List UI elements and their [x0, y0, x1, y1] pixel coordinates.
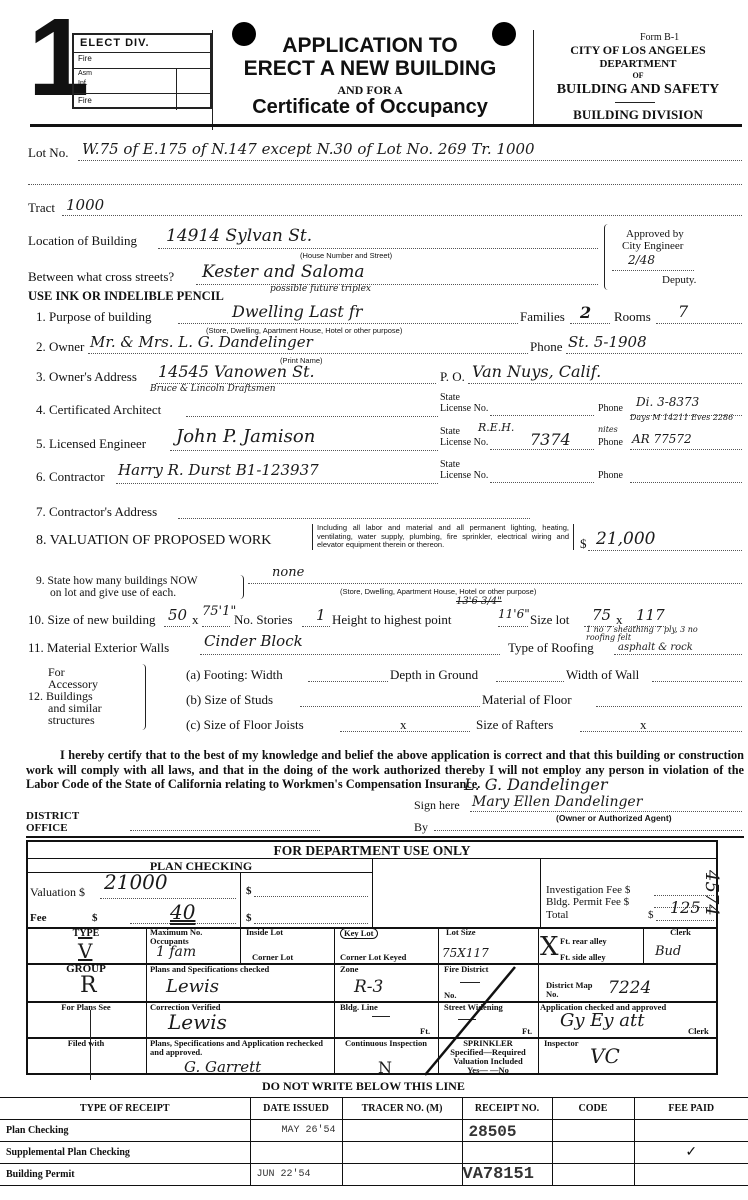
title-line-4: Certificate of Occupancy: [220, 96, 520, 119]
max-occupants-value[interactable]: 1 fam: [156, 944, 196, 960]
extra-valuation-currency: $: [246, 885, 252, 897]
receipt-number[interactable]: 28505: [462, 1120, 552, 1142]
owner-phone-label: Phone: [530, 339, 563, 355]
receipt-tracer[interactable]: [342, 1142, 462, 1164]
families-label: Families: [520, 309, 565, 325]
table-row: Building Permit JUN 22'54 VA78151: [0, 1164, 748, 1186]
height-note: 13'6 3/4": [456, 596, 502, 607]
roofing-note: 1 no 7 sheathing 7 ply, 3 no roofing fel…: [586, 626, 726, 642]
valuation-currency: $: [580, 536, 587, 552]
valuation-label: 8. VALUATION OF PROPOSED WORK: [36, 533, 271, 549]
side-alley-label: Ft. side alley: [560, 953, 606, 962]
engineer-phone-label: Phone: [598, 437, 623, 448]
col-date: DATE ISSUED: [250, 1098, 342, 1120]
col-type: TYPE OF RECEIPT: [0, 1098, 250, 1120]
footing-width-label: (a) Footing: Width: [186, 667, 283, 683]
contractor-license-top: State: [440, 459, 460, 470]
total-value[interactable]: 125: [670, 898, 701, 917]
plans-checked-label: Plans and Specifications checked: [150, 965, 269, 974]
owner-address-label: 3. Owner's Address: [36, 369, 137, 385]
accessory-brace: [140, 664, 146, 730]
engineer-phone-value[interactable]: AR 77572: [632, 432, 692, 446]
zone-label: Zone: [340, 965, 358, 974]
engineer-label: 5. Licensed Engineer: [36, 436, 146, 452]
size-length[interactable]: 75'1": [202, 604, 236, 619]
existing-buildings-label-1: 9. State how many buildings NOW: [36, 575, 198, 587]
receipt-type: Building Permit: [0, 1164, 250, 1186]
engineer-license-label: License No.: [440, 437, 488, 448]
receipt-tracer[interactable]: [342, 1120, 462, 1142]
stamp-line: Asm: [78, 70, 92, 77]
clerk-value[interactable]: Bud: [655, 944, 681, 959]
existing-buildings-hint: (Store, Dwelling, Apartment House, Hotel…: [340, 587, 536, 596]
contractor-value[interactable]: Harry R. Durst B1-123937: [118, 461, 319, 479]
header-divider: [30, 124, 742, 127]
receipt-code[interactable]: [552, 1120, 634, 1142]
stories-label: No. Stories: [234, 612, 293, 628]
receipt-fee[interactable]: ✓: [634, 1142, 748, 1164]
existing-buildings-label-2: on lot and give use of each.: [50, 587, 176, 599]
agency-line-4: BUILDING AND SAFETY: [538, 82, 738, 98]
receipt-type: Plan Checking: [0, 1120, 250, 1142]
receipt-type: Supplemental Plan Checking: [0, 1142, 250, 1164]
department-title: FOR DEPARTMENT USE ONLY: [26, 843, 718, 859]
type-value[interactable]: V: [78, 939, 92, 963]
size-of-rafters-label: Size of Rafters: [476, 717, 553, 733]
correction-verified-value[interactable]: Lewis: [168, 1010, 227, 1034]
approved-by-label: Approved by: [626, 228, 684, 240]
by-label: By: [414, 820, 428, 835]
dept-valuation-label: Valuation $: [30, 885, 85, 900]
receipt-date[interactable]: MAY 26'54: [250, 1120, 342, 1142]
rooms-value[interactable]: 7: [678, 302, 688, 321]
architect-license-top: State: [440, 392, 460, 403]
stamp-line: ELECT DIV.: [80, 37, 150, 49]
location-label: Location of Building: [28, 233, 137, 249]
lot-size-cell-label: Lot Size: [446, 928, 476, 937]
approved-by-value[interactable]: 2/48: [628, 253, 655, 267]
height-value[interactable]: 11'6": [498, 607, 530, 621]
roofing-value[interactable]: asphalt & rock: [618, 642, 693, 653]
permit-fee-label: Bldg. Permit Fee $: [546, 896, 629, 908]
corner-lot-keyed-label: Corner Lot Keyed: [340, 953, 406, 962]
group-value[interactable]: R: [80, 973, 97, 998]
architect-phone-label: Phone: [598, 403, 623, 414]
exterior-walls-label: 11. Material Exterior Walls: [28, 640, 169, 656]
col-receipt: RECEIPT NO.: [462, 1098, 552, 1120]
agency-line-1: CITY OF LOS ANGELES: [538, 43, 738, 58]
engineer-license-prefix: R.E.H.: [478, 421, 514, 434]
filed-with-label: Filed with: [26, 1039, 146, 1048]
district-office-label: DISTRICT OFFICE: [26, 810, 86, 834]
division-label: BUILDING DIVISION: [538, 107, 738, 123]
section-divider: [26, 836, 744, 838]
depth-in-ground-label: Depth in Ground: [390, 667, 478, 683]
rear-alley-label: Ft. rear alley: [560, 937, 607, 946]
families-value[interactable]: 2: [580, 303, 591, 322]
contractor-license-label: License No.: [440, 470, 488, 481]
receipt-date[interactable]: [250, 1142, 342, 1164]
receipt-fee[interactable]: [634, 1164, 748, 1186]
cross-streets-label: Between what cross streets?: [28, 269, 174, 285]
po-value[interactable]: Van Nuys, Calif.: [472, 362, 601, 381]
lot-size-label: Size lot: [530, 612, 569, 628]
stamp-line: Inf.: [78, 80, 88, 87]
contractor-address-label: 7. Contractor's Address: [36, 504, 157, 520]
extra-fee-currency: $: [246, 912, 252, 924]
title-line-1: APPLICATION TO: [220, 34, 520, 58]
purpose-label: 1. Purpose of building: [36, 309, 152, 325]
tract-value[interactable]: 1000: [66, 196, 104, 214]
purpose-value[interactable]: Dwelling Last fr: [232, 302, 362, 321]
engineer-license-value[interactable]: 7374: [530, 430, 571, 449]
rechecked-label: Plans, Specifications and Application re…: [150, 1039, 330, 1057]
plans-checked-value[interactable]: Lewis: [166, 976, 219, 997]
owner-address-value[interactable]: 14545 Vanowen St.: [158, 362, 315, 381]
stories-value[interactable]: 1: [316, 606, 326, 624]
owner-label: 2. Owner: [36, 339, 84, 355]
lot-size-length[interactable]: 117: [636, 606, 665, 624]
architect-license-label: License No.: [440, 403, 488, 414]
district-map-label: District Map No.: [546, 981, 596, 999]
lot-size-width[interactable]: 75: [592, 606, 611, 624]
col-tracer: TRACER NO. (M): [342, 1098, 462, 1120]
floor-joists-x: x: [400, 717, 407, 733]
size-label: 10. Size of new building: [28, 612, 155, 628]
location-value[interactable]: 14914 Sylvan St.: [166, 226, 312, 246]
receipt-code[interactable]: [552, 1164, 634, 1186]
owner-phone-value[interactable]: St. 5-1908: [568, 333, 647, 351]
inspector-value[interactable]: VC: [590, 1044, 620, 1068]
app-clerk-label: Clerk: [688, 1027, 709, 1036]
rooms-label: Rooms: [614, 309, 651, 325]
contractor-phone-label: Phone: [598, 470, 623, 481]
architect-phone-note: Days M 14211 Eves 2286: [630, 413, 733, 422]
for-plans-see-label: For Plans See: [26, 1003, 146, 1012]
location-hint: (House Number and Street): [300, 251, 392, 260]
engineer-license-top: State: [440, 426, 460, 437]
owner-value[interactable]: Mr. & Mrs. L. G. Dandelinger: [90, 333, 313, 351]
rechecked-value[interactable]: G. Garrett: [184, 1058, 261, 1076]
lot-size-cell-value[interactable]: 75X117: [442, 946, 489, 960]
tract-label: Tract: [28, 200, 55, 216]
certification-text: I hereby certify that to the best of my …: [26, 748, 744, 792]
size-width[interactable]: 50: [168, 606, 187, 624]
accessory-label-5: structures: [48, 713, 95, 728]
roofing-label: Type of Roofing: [508, 640, 594, 656]
routing-stamp-box: ELECT DIV. Fire Asm Inf. Fire: [72, 33, 212, 109]
bldg-line-label: Bldg. Line: [340, 1003, 378, 1012]
table-row: Plan Checking MAY 26'54 28505: [0, 1120, 748, 1142]
type-label: TYPE: [26, 929, 146, 938]
po-label: P. O.: [440, 369, 465, 385]
size-x: x: [192, 612, 199, 628]
valuation-value[interactable]: 21,000: [596, 529, 655, 549]
floor-joists-label: (c) Size of Floor Joists: [186, 717, 304, 733]
deputy-label: Deputy.: [662, 274, 696, 286]
col-code: CODE: [552, 1098, 634, 1120]
city-engineer-label: City Engineer: [622, 240, 683, 252]
architect-phone-value[interactable]: Di. 3-8373: [636, 395, 699, 409]
table-row: Supplemental Plan Checking ✓: [0, 1142, 748, 1164]
receipt-header-row: TYPE OF RECEIPT DATE ISSUED TRACER NO. (…: [0, 1098, 748, 1120]
exterior-walls-value[interactable]: Cinder Block: [204, 632, 303, 650]
width-of-wall-label: Width of Wall: [566, 667, 639, 683]
size-of-studs-label: (b) Size of Studs: [186, 692, 273, 708]
signature-hint: (Owner or Authorized Agent): [556, 813, 672, 823]
approval-brace: [604, 224, 612, 290]
stamp-line: Fire: [78, 96, 92, 105]
sign-here-label: Sign here: [414, 798, 460, 813]
investigation-fee-label: Investigation Fee $: [546, 884, 630, 896]
receipt-date[interactable]: JUN 22'54: [250, 1164, 342, 1186]
inside-lot-label: Inside Lot: [246, 928, 283, 937]
dept-valuation-value[interactable]: 21000: [104, 870, 168, 894]
receipt-table: TYPE OF RECEIPT DATE ISSUED TRACER NO. (…: [0, 1097, 748, 1186]
dept-fee-label: Fee: [30, 912, 46, 924]
street-widening-ft: Ft.: [522, 1027, 532, 1036]
total-currency: $: [648, 909, 654, 921]
lot-no-value[interactable]: W.75 of E.175 of N.147 except N.30 of Lo…: [82, 140, 535, 158]
corner-lot-label: Corner Lot: [252, 953, 293, 962]
total-label: Total: [546, 909, 568, 921]
agency-line-3: OF: [538, 71, 738, 80]
receipt-number[interactable]: VA78151: [462, 1164, 552, 1186]
existing-buildings-value[interactable]: none: [272, 565, 304, 580]
key-lot-label[interactable]: Key Lot: [340, 928, 378, 939]
receipt-number[interactable]: [462, 1142, 552, 1164]
receipt-code[interactable]: [552, 1142, 634, 1164]
valuation-note: Including all labor and material and all…: [312, 524, 574, 550]
header: 1 ELECT DIV. Fire Asm Inf. Fire APPLICAT…: [0, 0, 748, 130]
do-not-write-notice: DO NOT WRITE BELOW THIS LINE: [262, 1079, 465, 1094]
receipt-fee[interactable]: [634, 1120, 748, 1142]
ink-note: possible future triplex: [270, 284, 371, 294]
signature-2[interactable]: Mary Ellen Dandelinger: [472, 794, 642, 810]
diagonal-strike-mark: [420, 965, 520, 1080]
ink-notice: USE INK OR INDELIBLE PENCIL: [28, 289, 224, 304]
stamp-line: Fire: [78, 54, 92, 63]
rafters-x: x: [640, 717, 647, 733]
receipt-tracer[interactable]: [342, 1164, 462, 1186]
agency-line-2: DEPARTMENT: [538, 58, 738, 70]
dept-fee-value[interactable]: 40: [170, 900, 195, 924]
dept-fee-currency: $: [92, 912, 98, 924]
cross-streets-value[interactable]: Kester and Saloma: [202, 262, 365, 282]
form-number: Form B-1: [640, 32, 679, 43]
zone-value[interactable]: R-3: [354, 977, 383, 997]
material-of-floor-label: Material of Floor: [482, 692, 572, 708]
continuous-inspection-value[interactable]: N: [378, 1058, 392, 1077]
inspector-label: Inspector: [544, 1039, 578, 1048]
engineer-value[interactable]: John P. Jamison: [176, 426, 315, 447]
district-map-value[interactable]: 7224: [608, 978, 651, 998]
owner-address-note: Bruce & Lincoln Draftsmen: [150, 384, 276, 394]
side-note: 4574: [701, 870, 722, 916]
app-checked-value[interactable]: Gy Ey att: [560, 1010, 645, 1031]
engineer-phone-note: nites: [598, 425, 618, 434]
height-label: Height to highest point: [332, 612, 452, 628]
signature-1: L. G. Dandelinger: [464, 775, 607, 794]
lot-no-label: Lot No.: [28, 145, 68, 161]
clerk-label: Clerk: [643, 928, 718, 937]
architect-label: 4. Certificated Architect: [36, 402, 161, 418]
title-line-2: ERECT A NEW BUILDING: [220, 57, 520, 81]
contractor-label: 6. Contractor: [36, 469, 105, 485]
col-fee: FEE PAID: [634, 1098, 748, 1120]
alley-mark: X: [540, 932, 559, 962]
